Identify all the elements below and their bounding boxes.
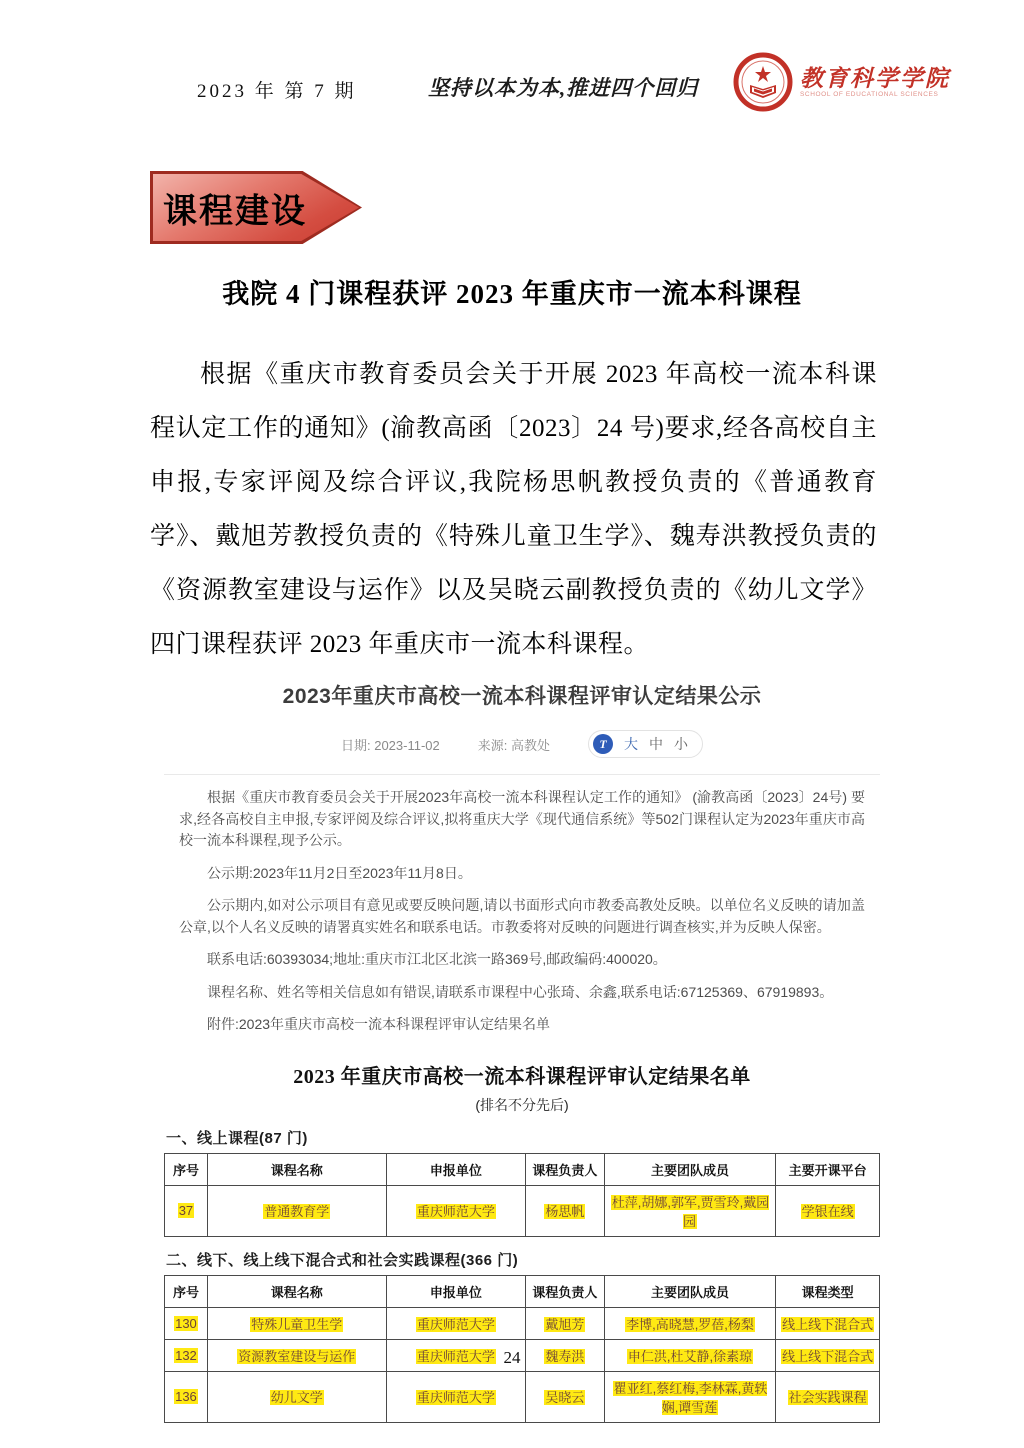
course-table: 序号课程名称申报单位课程负责人主要团队成员主要开课平台37普通教育学重庆师范大学…	[164, 1153, 880, 1237]
column-header: 序号	[165, 1153, 208, 1185]
page-number: 24	[0, 1348, 1024, 1368]
table-header-row: 序号课程名称申报单位课程负责人主要团队成员主要开课平台	[165, 1153, 880, 1185]
announcement-paragraph: 根据《重庆市教育委员会关于开展2023年高校一流本科课程认定工作的通知》 (渝教…	[179, 787, 865, 852]
highlighted-text: 社会实践课程	[788, 1390, 868, 1405]
table-cell: 普通教育学	[207, 1185, 386, 1236]
table-row: 136幼儿文学重庆师范大学吴晓云瞿亚红,蔡红梅,李林霖,黄轶娴,谭雪莲社会实践课…	[165, 1371, 880, 1422]
announcement-paragraph: 课程名称、姓名等相关信息如有错误,请联系市课程中心张琦、余鑫,联系电话:6712…	[179, 982, 865, 1004]
table-cell: 瞿亚红,蔡红梅,李林霖,黄轶娴,谭雪莲	[604, 1371, 776, 1422]
announcement-source: 来源: 高教处	[478, 735, 550, 754]
column-header: 课程名称	[207, 1153, 386, 1185]
font-size-medium-button[interactable]: 中	[649, 734, 663, 754]
table-cell: 社会实践课程	[776, 1371, 880, 1422]
table-cell: 重庆师范大学	[386, 1307, 525, 1339]
highlighted-text: 学银在线	[801, 1204, 855, 1219]
table-section-heading: 二、线下、线上线下混合式和社会实践课程(366 门)	[166, 1249, 880, 1270]
logo-cn-label: 教育科学学院	[800, 66, 950, 91]
highlighted-text: 李博,高晓慧,罗蓓,杨梨	[625, 1317, 755, 1332]
highlighted-text: 重庆师范大学	[416, 1390, 496, 1405]
table-cell: 幼儿文学	[207, 1371, 386, 1422]
article-body: 根据《重庆市教育委员会关于开展 2023 年高校一流本科课程认定工作的通知》(渝…	[150, 348, 877, 672]
highlighted-text: 136	[174, 1389, 198, 1404]
highlighted-text: 吴晓云	[544, 1390, 585, 1405]
announcement-meta: 日期: 2023-11-02 来源: 高教处 T 大 中 小	[164, 730, 880, 758]
highlighted-text: 37	[178, 1203, 194, 1218]
column-header: 课程负责人	[526, 1275, 605, 1307]
announcement-title: 2023年重庆市高校一流本科课程评审认定结果公示	[164, 680, 880, 710]
article-title: 我院 4 门课程获评 2023 年重庆市一流本科课程	[0, 272, 1024, 311]
announcement-body: 根据《重庆市教育委员会关于开展2023年高校一流本科课程认定工作的通知》 (渝教…	[164, 787, 880, 1036]
announcement-date: 日期: 2023-11-02	[341, 735, 440, 754]
highlighted-text: 重庆师范大学	[416, 1317, 496, 1332]
table-cell: 吴晓云	[526, 1371, 605, 1422]
issue-label: 2023 年 第 7 期	[197, 76, 357, 103]
table-cell: 130	[165, 1307, 208, 1339]
font-size-control[interactable]: T 大 中 小	[588, 730, 703, 758]
announcement-paragraph: 公示期:2023年11月2日至2023年11月8日。	[179, 863, 865, 885]
newsletter-page: 2023 年 第 7 期 坚持以本为本,推进四个回归 教育科学学院 SCHOOL…	[0, 0, 1024, 1448]
table-cell: 136	[165, 1371, 208, 1422]
announcement-paragraph: 联系电话:60393034;地址:重庆市江北区北滨一路369号,邮政编码:400…	[179, 949, 865, 971]
table-row: 130特殊儿童卫生学重庆师范大学戴旭芳李博,高晓慧,罗蓓,杨梨线上线下混合式	[165, 1307, 880, 1339]
column-header: 主要团队成员	[604, 1275, 776, 1307]
table-cell: 线上线下混合式	[776, 1307, 880, 1339]
column-header: 课程负责人	[526, 1153, 605, 1185]
table-cell: 特殊儿童卫生学	[207, 1307, 386, 1339]
school-emblem-icon	[733, 52, 793, 112]
highlighted-text: 瞿亚红,蔡红梅,李林霖,黄轶娴,谭雪莲	[613, 1381, 768, 1415]
table-section-heading: 一、线上课程(87 门)	[166, 1127, 880, 1148]
highlighted-text: 普通教育学	[263, 1204, 330, 1219]
table-header-row: 序号课程名称申报单位课程负责人主要团队成员课程类型	[165, 1275, 880, 1307]
table-cell: 杜萍,胡娜,郭军,贾雪玲,戴园园	[604, 1185, 776, 1236]
column-header: 课程名称	[207, 1275, 386, 1307]
highlighted-text: 杨思帆	[544, 1204, 585, 1219]
table-cell: 学银在线	[776, 1185, 880, 1236]
attachment-tables: 一、线上课程(87 门)序号课程名称申报单位课程负责人主要团队成员主要开课平台3…	[164, 1127, 880, 1423]
logo-text: 教育科学学院 SCHOOL OF EDUCATIONAL SCIENCES	[800, 66, 950, 98]
attachment-title: 2023 年重庆市高校一流本科课程评审认定结果名单	[164, 1060, 880, 1089]
logo-en-label: SCHOOL OF EDUCATIONAL SCIENCES	[800, 91, 950, 98]
column-header: 申报单位	[386, 1153, 525, 1185]
column-header: 主要团队成员	[604, 1153, 776, 1185]
column-header: 主要开课平台	[776, 1153, 880, 1185]
table-cell: 重庆师范大学	[386, 1371, 525, 1422]
table-cell: 重庆师范大学	[386, 1185, 525, 1236]
highlighted-text: 重庆师范大学	[416, 1204, 496, 1219]
column-header: 课程类型	[776, 1275, 880, 1307]
announcement-paragraph: 附件:2023年重庆市高校一流本科课程评审认定结果名单	[179, 1014, 865, 1036]
highlighted-text: 特殊儿童卫生学	[250, 1317, 343, 1332]
highlighted-text: 杜萍,胡娜,郭军,贾雪玲,戴园园	[611, 1195, 769, 1229]
table-cell: 37	[165, 1185, 208, 1236]
column-header: 申报单位	[386, 1275, 525, 1307]
meta-divider	[164, 774, 880, 775]
school-logo: 教育科学学院 SCHOOL OF EDUCATIONAL SCIENCES	[733, 52, 950, 112]
table-cell: 杨思帆	[526, 1185, 605, 1236]
announcement-screenshot: 2023年重庆市高校一流本科课程评审认定结果公示 日期: 2023-11-02 …	[164, 680, 880, 1423]
font-size-icon: T	[593, 734, 613, 754]
font-size-large-button[interactable]: 大	[624, 734, 638, 754]
highlighted-text: 戴旭芳	[544, 1317, 585, 1332]
header-motto: 坚持以本为本,推进四个回归	[428, 72, 698, 102]
table-cell: 戴旭芳	[526, 1307, 605, 1339]
table-row: 37普通教育学重庆师范大学杨思帆杜萍,胡娜,郭军,贾雪玲,戴园园学银在线	[165, 1185, 880, 1236]
column-header: 序号	[165, 1275, 208, 1307]
announcement-paragraph: 公示期内,如对公示项目有意见或要反映问题,请以书面形式向市教委高教处反映。以单位…	[179, 895, 865, 938]
table-cell: 李博,高晓慧,罗蓓,杨梨	[604, 1307, 776, 1339]
font-size-small-button[interactable]: 小	[674, 734, 688, 754]
highlighted-text: 幼儿文学	[270, 1390, 324, 1405]
highlighted-text: 线上线下混合式	[781, 1317, 874, 1332]
attachment-subtitle: (排名不分先后)	[164, 1095, 880, 1115]
highlighted-text: 130	[174, 1316, 198, 1331]
section-banner: 课程建设	[150, 171, 362, 244]
section-banner-label: 课程建设	[163, 183, 307, 232]
